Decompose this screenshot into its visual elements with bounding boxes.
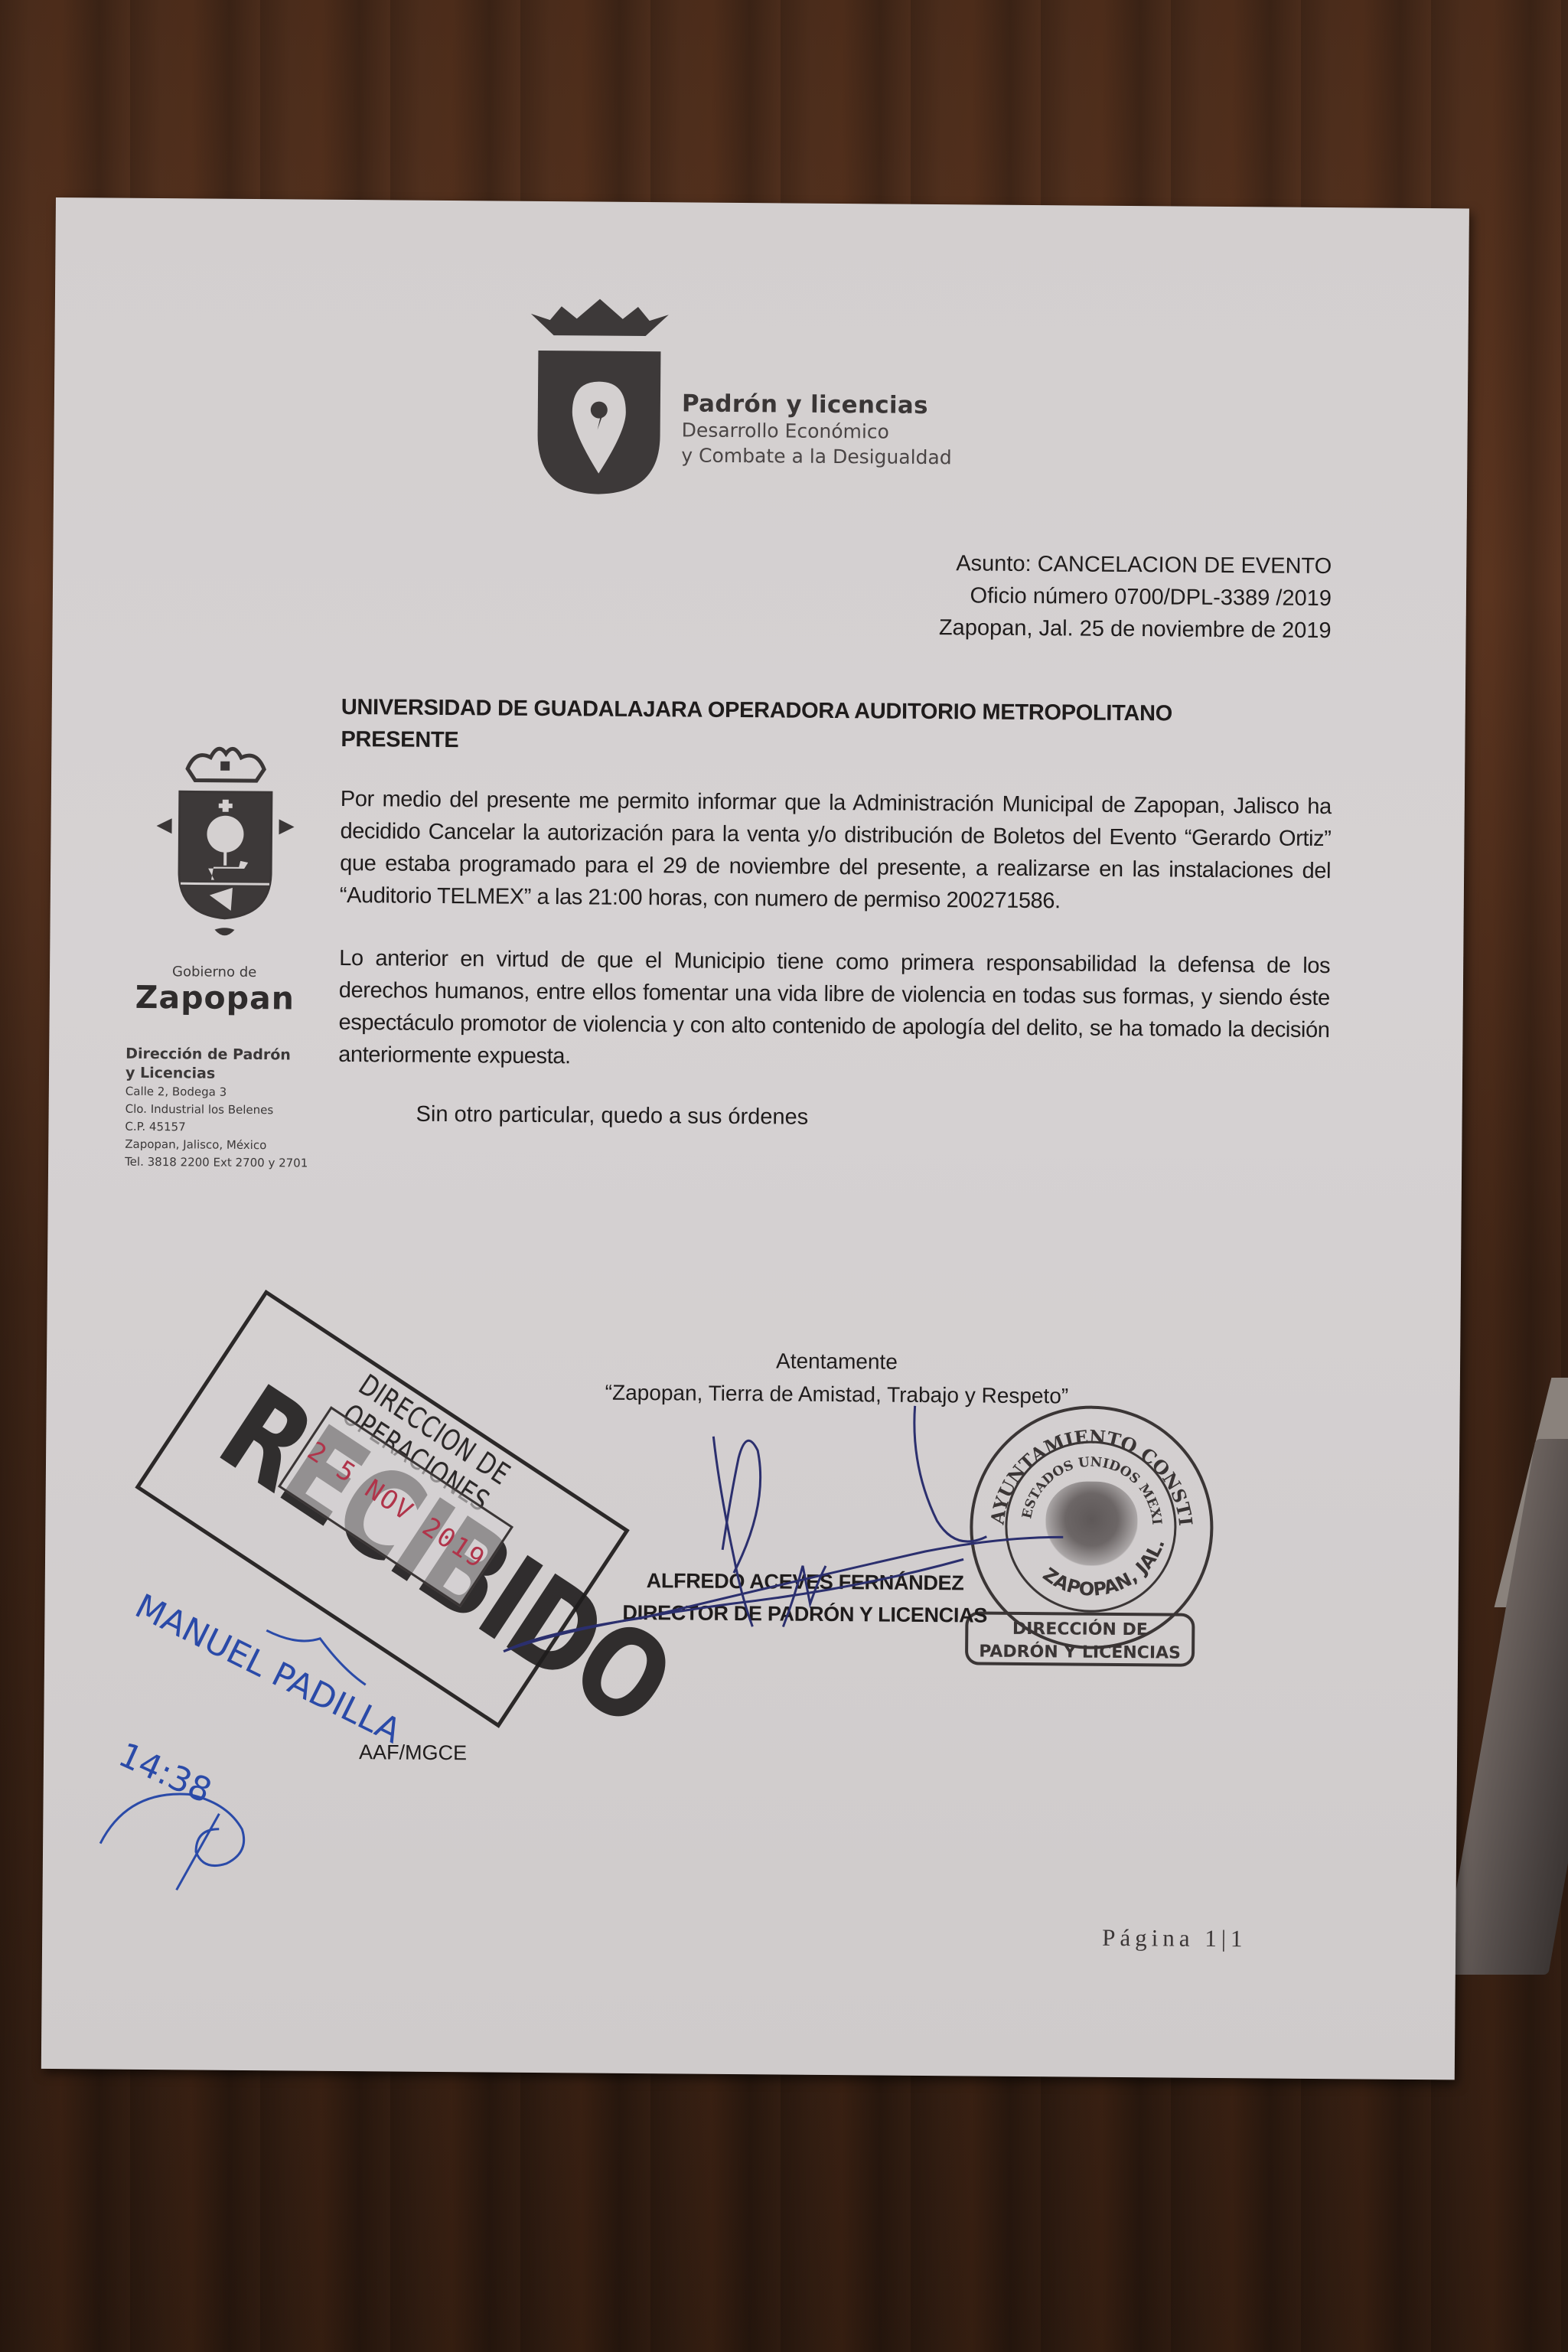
atentamente-label: Atentamente (776, 1349, 898, 1374)
reference-block: Asunto: CANCELACION DE EVENTO Oficio núm… (939, 547, 1332, 647)
zapopan-wordmark: Zapopan (135, 979, 295, 1017)
recipient-presente: PRESENTE (341, 723, 1172, 762)
recipient-block: UNIVERSIDAD DE GUADALAJARA OPERADORA AUD… (341, 691, 1172, 762)
mexican-eagle-icon (1045, 1481, 1138, 1566)
gobierno-de-label: Gobierno de (172, 964, 256, 980)
closing-line: Sin otro particular, quedo a sus órdenes (416, 1102, 808, 1130)
department-name-2: y Licencias (126, 1064, 308, 1085)
address-line: Zapopan, Jalisco, México (125, 1136, 308, 1155)
office-number: Oficio número 0700/DPL-3389 /2019 (939, 579, 1332, 615)
crown-icon (523, 297, 676, 341)
address-line: Clo. Industrial los Belenes (126, 1101, 308, 1120)
brand-block: Padrón y licencias Desarrollo Económico … (681, 390, 952, 470)
address-line: Calle 2, Bodega 3 (126, 1083, 308, 1102)
address-line: Tel. 3818 2200 Ext 2700 y 2701 (125, 1153, 308, 1173)
brand-title: Padrón y licencias (682, 390, 953, 419)
background-object (1441, 1439, 1568, 1975)
body-paragraph-1: Por medio del presente me permito inform… (340, 783, 1332, 919)
received-stamp: DIRECCION DE OPERACIONES RECIBIDO 2 5 NO… (135, 1290, 629, 1728)
zapopan-coat-of-arms-icon (140, 738, 310, 961)
handwritten-time: 14:38 (112, 1735, 217, 1811)
address-line: C.P. 45157 (125, 1118, 308, 1137)
department-name-1: Dirección de Padrón (126, 1045, 308, 1065)
handwritten-annotation (100, 1629, 367, 1892)
department-address: Dirección de Padrón y Licencias Calle 2,… (125, 1045, 308, 1173)
seal-box-line-1: DIRECCIÓN DE (968, 1617, 1191, 1642)
location-pin-shield-icon (533, 347, 665, 497)
reference-initials: AAF/MGCE (359, 1740, 467, 1765)
letter-body: Por medio del presente me permito inform… (338, 783, 1332, 1109)
body-paragraph-2: Lo anterior en virtud de que el Municipi… (338, 942, 1330, 1078)
motto: “Zapopan, Tierra de Amistad, Trabajo y R… (605, 1381, 1069, 1409)
place-date: Zapopan, Jal. 25 de noviembre de 2019 (939, 612, 1332, 647)
subject-line: Asunto: CANCELACION DE EVENTO (939, 547, 1332, 582)
brand-subtitle-2: y Combate a la Desigualdad (681, 442, 952, 470)
seal-box-line-2: PADRÓN Y LICENCIAS (968, 1640, 1191, 1665)
brand-subtitle-1: Desarrollo Económico (682, 417, 953, 445)
signer-name: ALFREDO ACEVES FERNÁNDEZ (623, 1564, 988, 1600)
recipient-name: UNIVERSIDAD DE GUADALAJARA OPERADORA AUD… (341, 691, 1172, 730)
seal-department-box: DIRECCIÓN DE PADRÓN Y LICENCIAS (965, 1611, 1195, 1666)
page-number: Página 1|1 (1102, 1924, 1247, 1952)
document-page: Padrón y licencias Desarrollo Económico … (41, 197, 1469, 2080)
signer-block: ALFREDO ACEVES FERNÁNDEZ DIRECTOR DE PAD… (622, 1564, 987, 1632)
